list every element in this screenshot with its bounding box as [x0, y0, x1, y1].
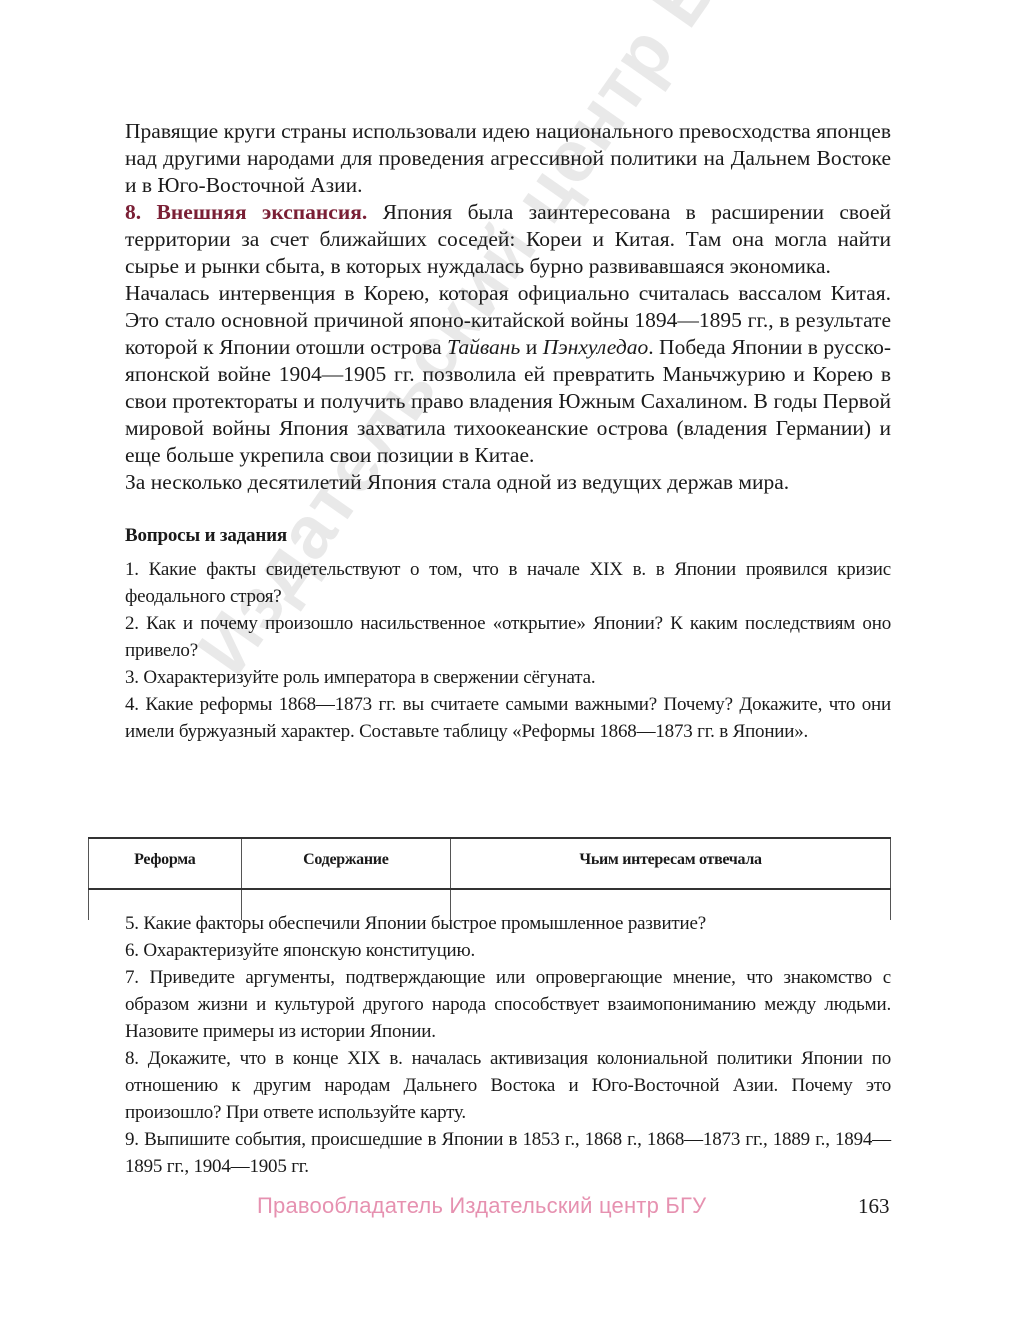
island-name-taiwan: Тайвань: [447, 335, 520, 359]
copyright-footer: Правообладатель Издательский центр БГУ: [257, 1193, 706, 1219]
question-5: 5. Какие факторы обеспечили Японии быстр…: [125, 910, 891, 937]
question-7: 7. Приведите аргументы, подтверждающие и…: [125, 964, 891, 1045]
question-6: 6. Охарактеризуйте японскую конституцию.: [125, 937, 891, 964]
table-header-row: Реформа Содержание Чьим интересам отвеча…: [89, 838, 891, 889]
table-header-reform: Реформа: [89, 838, 242, 889]
question-3: 3. Охарактеризуйте роль императора в све…: [125, 664, 891, 691]
table-header-interests: Чьим интересам отвечала: [451, 838, 891, 889]
paragraph-4: За несколько десятилетий Япония стала од…: [125, 469, 891, 496]
paragraph-3: Началась интервенция в Корею, которая оф…: [125, 280, 891, 469]
question-1: 1. Какие факты свидетельствуют о том, чт…: [125, 556, 891, 610]
question-2: 2. Как и почему произошло насильственное…: [125, 610, 891, 664]
paragraph-1: Правящие круги страны использовали идею …: [125, 118, 891, 199]
paragraph-2: 8. Внешняя экспансия. Япония была заинте…: [125, 199, 891, 280]
paragraph-4-text: За несколько десятилетий Япония стала од…: [125, 470, 789, 494]
paragraph-1-text: Правящие круги страны использовали идею …: [125, 119, 891, 197]
question-8: 8. Докажите, что в конце XIX в. началась…: [125, 1045, 891, 1126]
question-9: 9. Выпишите события, происшедшие в Япони…: [125, 1126, 891, 1180]
page-number: 163: [858, 1194, 890, 1219]
paragraph-3-and: и: [520, 335, 542, 359]
table-header-content: Содержание: [241, 838, 451, 889]
page-body: Правящие круги страны использовали идею …: [125, 118, 891, 745]
questions-continued: 5. Какие факторы обеспечили Японии быстр…: [125, 910, 891, 1180]
question-4: 4. Какие реформы 1868—1873 гг. вы считае…: [125, 691, 891, 745]
island-name-penghu: Пэнхуледао: [543, 335, 648, 359]
questions-title: Вопросы и задания: [125, 524, 891, 548]
section-heading: 8. Внешняя экспансия.: [125, 200, 367, 224]
reforms-table: Реформа Содержание Чьим интересам отвеча…: [88, 837, 891, 920]
